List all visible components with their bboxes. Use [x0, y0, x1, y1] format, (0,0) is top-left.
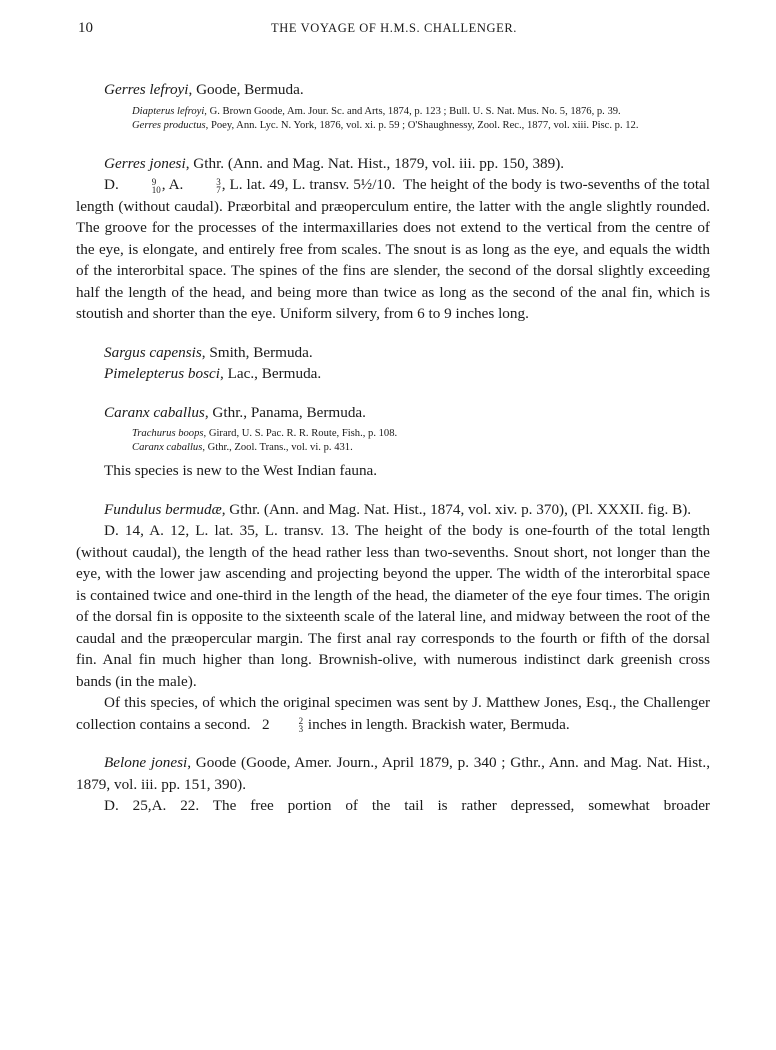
species-heading: Fundulus bermudæ, Gthr. (Ann. and Mag. N…: [76, 499, 710, 521]
synonym: Trachurus boops, Girard, U. S. Pac. R. R…: [76, 427, 710, 441]
synonym-reference: , G. Brown Goode, Am. Jour. Sc. and Arts…: [204, 106, 620, 117]
running-head: 10 THE VOYAGE OF H.M.S. CHALLENGER.: [78, 20, 710, 40]
anal-fraction: 37: [188, 178, 221, 194]
species-heading: Sargus capensis, Smith, Bermuda.: [76, 342, 710, 364]
synonym-reference: , Gthr., Zool. Trans., vol. vi. p. 431.: [202, 442, 352, 453]
synonym-name: Trachurus boops: [132, 428, 204, 439]
species-authority: , Gthr., Panama, Bermuda.: [205, 404, 366, 421]
species-note: Of this species, of which the original s…: [76, 692, 710, 735]
species-entry-pimelepterus-bosci: Pimelepterus bosci, Lac., Bermuda.: [76, 363, 710, 385]
species-name: Gerres jonesi: [104, 155, 186, 172]
species-heading: Gerres lefroyi, Goode, Bermuda.: [76, 79, 710, 101]
synonym-name: Gerres productus: [132, 120, 206, 131]
species-entry-gerres-lefroyi: Gerres lefroyi, Goode, Bermuda. Diapteru…: [76, 79, 710, 133]
species-description: D. 14, A. 12, L. lat. 35, L. transv. 13.…: [76, 520, 710, 692]
species-note: This species is new to the West Indian f…: [76, 460, 710, 482]
synonym: Gerres productus, Poey, Ann. Lyc. N. Yor…: [76, 119, 710, 133]
species-name: Caranx caballus: [104, 404, 205, 421]
species-authority: , Lac., Bermuda.: [220, 365, 321, 382]
synonym: Diapterus lefroyi, G. Brown Goode, Am. J…: [76, 105, 710, 119]
species-heading: Belone jonesi, Goode (Goode, Amer. Journ…: [76, 752, 710, 795]
species-entry-fundulus-bermudae: Fundulus bermudæ, Gthr. (Ann. and Mag. N…: [76, 499, 710, 736]
species-name: Fundulus bermudæ: [104, 501, 222, 518]
species-name: Belone jonesi: [104, 754, 187, 771]
species-heading: Gerres jonesi, Gthr. (Ann. and Mag. Nat.…: [76, 153, 710, 175]
species-entry-belone-jonesi: Belone jonesi, Goode (Goode, Amer. Journ…: [76, 752, 710, 817]
species-authority: , Smith, Bermuda.: [202, 344, 313, 361]
species-entry-caranx-caballus: Caranx caballus, Gthr., Panama, Bermuda.…: [76, 402, 710, 482]
species-heading: Pimelepterus bosci, Lac., Bermuda.: [76, 363, 710, 385]
species-entry-gerres-jonesi: Gerres jonesi, Gthr. (Ann. and Mag. Nat.…: [76, 153, 710, 325]
synonym: Caranx caballus, Gthr., Zool. Trans., vo…: [76, 441, 710, 455]
species-name: Gerres lefroyi: [104, 81, 189, 98]
synonym-name: Caranx caballus: [132, 442, 202, 453]
species-entry-sargus-capensis: Sargus capensis, Smith, Bermuda.: [76, 342, 710, 364]
species-authority: , Gthr. (Ann. and Mag. Nat. Hist., 1874,…: [222, 501, 691, 518]
synonym-reference: , Poey, Ann. Lyc. N. York, 1876, vol. xi…: [206, 120, 639, 131]
running-title: THE VOYAGE OF H.M.S. CHALLENGER.: [78, 21, 710, 36]
page-body: Gerres lefroyi, Goode, Bermuda. Diapteru…: [76, 79, 710, 817]
specimen-size: 223: [262, 716, 304, 733]
species-description: D. 910, A. 37, L. lat. 49, L. transv. 5½…: [76, 174, 710, 325]
description-text: The height of the body is two-sevenths o…: [76, 176, 710, 322]
species-name: Pimelepterus bosci: [104, 365, 220, 382]
species-heading: Caranx caballus, Gthr., Panama, Bermuda.: [76, 402, 710, 424]
species-authority: , Goode, Bermuda.: [189, 81, 304, 98]
synonym-reference: , Girard, U. S. Pac. R. R. Route, Fish.,…: [204, 428, 398, 439]
species-name: Sargus capensis: [104, 344, 202, 361]
fin-formula: D. 910, A. 37, L. lat. 49, L. transv. 5½…: [104, 176, 395, 193]
dorsal-fraction: 910: [124, 178, 161, 194]
document-page: 10 THE VOYAGE OF H.M.S. CHALLENGER. Gerr…: [0, 0, 776, 1050]
species-description: D. 25,A. 22. The free portion of the tai…: [76, 795, 710, 817]
species-authority: , Gthr. (Ann. and Mag. Nat. Hist., 1879,…: [186, 155, 564, 172]
synonym-name: Diapterus lefroyi: [132, 106, 204, 117]
